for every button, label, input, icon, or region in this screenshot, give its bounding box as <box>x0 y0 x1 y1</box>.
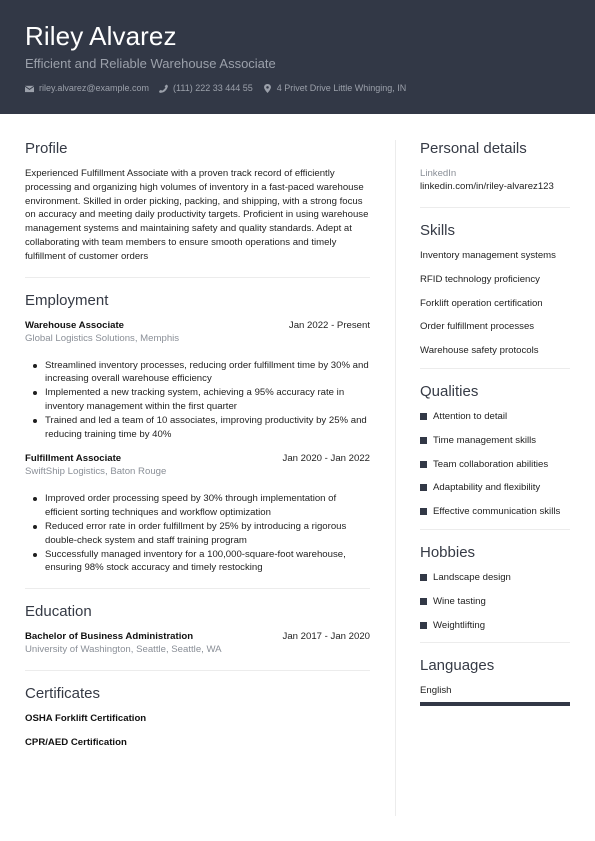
phone-icon <box>159 84 168 93</box>
skill-item: Forklift operation certification <box>420 297 570 310</box>
contact-address: 4 Privet Drive Little Whinging, IN <box>263 83 407 93</box>
languages-section: Languages English <box>420 657 570 706</box>
candidate-name: Riley Alvarez <box>25 21 177 52</box>
section-divider <box>420 642 570 643</box>
section-title-languages: Languages <box>420 657 570 674</box>
section-title-qualities: Qualities <box>420 383 570 400</box>
sidebar-column: Personal details LinkedIn linkedin.com/i… <box>420 140 570 706</box>
job-achievements: Streamlined inventory processes, reducin… <box>25 359 370 442</box>
education-entry: Bachelor of Business Administration Jan … <box>25 630 370 657</box>
contact-info: riley.alvarez@example.com (111) 222 33 4… <box>25 83 416 93</box>
quality-text: Effective communication skills <box>433 505 560 518</box>
certificate-item: CPR/AED Certification <box>25 736 370 749</box>
section-title-employment: Employment <box>25 292 370 309</box>
square-bullet-icon <box>420 598 427 605</box>
quality-item: Attention to detail <box>420 410 570 423</box>
map-pin-icon <box>263 84 272 93</box>
phone-text: (111) 222 33 444 55 <box>173 83 253 93</box>
section-title-profile: Profile <box>25 140 370 157</box>
achievement-item: Streamlined inventory processes, reducin… <box>25 359 370 387</box>
job-company: SwiftShip Logistics, Baton Rouge <box>25 465 370 479</box>
job-title: Fulfillment Associate <box>25 452 121 465</box>
envelope-icon <box>25 84 34 93</box>
hobby-item: Wine tasting <box>420 595 570 608</box>
hobby-item: Weightlifting <box>420 619 570 632</box>
contact-phone[interactable]: (111) 222 33 444 55 <box>159 83 253 93</box>
achievement-item: Trained and led a team of 10 associates,… <box>25 414 370 442</box>
job-dates: Jan 2022 - Present <box>289 319 370 332</box>
qualities-section: Qualities Attention to detail Time manag… <box>420 383 570 518</box>
square-bullet-icon <box>420 484 427 491</box>
section-title-skills: Skills <box>420 222 570 239</box>
section-divider <box>25 588 370 589</box>
resume-header: Riley Alvarez Efficient and Reliable War… <box>0 0 595 114</box>
square-bullet-icon <box>420 413 427 420</box>
quality-text: Adaptability and flexibility <box>433 481 540 494</box>
hobby-text: Wine tasting <box>433 595 486 608</box>
profile-summary: Experienced Fulfillment Associate with a… <box>25 167 370 264</box>
language-level-bar <box>420 702 570 706</box>
section-title-education: Education <box>25 603 370 620</box>
education-dates: Jan 2017 - Jan 2020 <box>283 630 370 643</box>
job-company: Global Logistics Solutions, Memphis <box>25 332 370 346</box>
section-divider <box>420 529 570 530</box>
column-divider <box>395 140 396 816</box>
skill-item: Warehouse safety protocols <box>420 344 570 357</box>
address-text: 4 Privet Drive Little Whinging, IN <box>277 83 407 93</box>
linkedin-label: LinkedIn <box>420 167 570 180</box>
education-section: Education Bachelor of Business Administr… <box>25 603 370 657</box>
language-name: English <box>420 684 570 697</box>
linkedin-link[interactable]: linkedin.com/in/riley-alvarez123 <box>420 180 570 194</box>
square-bullet-icon <box>420 574 427 581</box>
achievement-item: Implemented a new tracking system, achie… <box>25 386 370 414</box>
school-name: University of Washington, Seattle, Seatt… <box>25 643 370 657</box>
square-bullet-icon <box>420 622 427 629</box>
square-bullet-icon <box>420 461 427 468</box>
quality-item: Team collaboration abilities <box>420 458 570 471</box>
hobbies-section: Hobbies Landscape design Wine tasting We… <box>420 544 570 632</box>
square-bullet-icon <box>420 437 427 444</box>
hobby-text: Landscape design <box>433 571 511 584</box>
certificate-item: OSHA Forklift Certification <box>25 712 370 725</box>
section-divider <box>25 670 370 671</box>
language-level-fill <box>420 702 570 706</box>
skills-section: Skills Inventory management systems RFID… <box>420 222 570 357</box>
skill-item: Inventory management systems <box>420 249 570 262</box>
email-text: riley.alvarez@example.com <box>39 83 149 93</box>
quality-item: Effective communication skills <box>420 505 570 518</box>
hobby-item: Landscape design <box>420 571 570 584</box>
quality-text: Team collaboration abilities <box>433 458 548 471</box>
job-entry: Fulfillment Associate Jan 2020 - Jan 202… <box>25 452 370 575</box>
quality-item: Time management skills <box>420 434 570 447</box>
personal-details-section: Personal details LinkedIn linkedin.com/i… <box>420 140 570 194</box>
certificates-section: Certificates OSHA Forklift Certification… <box>25 685 370 749</box>
section-title-certificates: Certificates <box>25 685 370 702</box>
job-dates: Jan 2020 - Jan 2022 <box>283 452 370 465</box>
achievement-item: Successfully managed inventory for a 100… <box>25 548 370 576</box>
job-entry: Warehouse Associate Jan 2022 - Present G… <box>25 319 370 442</box>
main-column: Profile Experienced Fulfillment Associat… <box>25 140 370 760</box>
section-divider <box>25 277 370 278</box>
square-bullet-icon <box>420 508 427 515</box>
contact-email[interactable]: riley.alvarez@example.com <box>25 83 149 93</box>
section-divider <box>420 368 570 369</box>
quality-text: Attention to detail <box>433 410 507 423</box>
degree-title: Bachelor of Business Administration <box>25 630 193 643</box>
quality-item: Adaptability and flexibility <box>420 481 570 494</box>
candidate-headline: Efficient and Reliable Warehouse Associa… <box>25 56 276 71</box>
job-title: Warehouse Associate <box>25 319 124 332</box>
achievement-item: Improved order processing speed by 30% t… <box>25 492 370 520</box>
profile-section: Profile Experienced Fulfillment Associat… <box>25 140 370 264</box>
section-title-personal-details: Personal details <box>420 140 570 157</box>
section-title-hobbies: Hobbies <box>420 544 570 561</box>
skill-item: RFID technology proficiency <box>420 273 570 286</box>
job-achievements: Improved order processing speed by 30% t… <box>25 492 370 575</box>
skill-item: Order fulfillment processes <box>420 320 570 333</box>
section-divider <box>420 207 570 208</box>
quality-text: Time management skills <box>433 434 536 447</box>
hobby-text: Weightlifting <box>433 619 485 632</box>
achievement-item: Reduced error rate in order fulfillment … <box>25 520 370 548</box>
employment-section: Employment Warehouse Associate Jan 2022 … <box>25 292 370 576</box>
